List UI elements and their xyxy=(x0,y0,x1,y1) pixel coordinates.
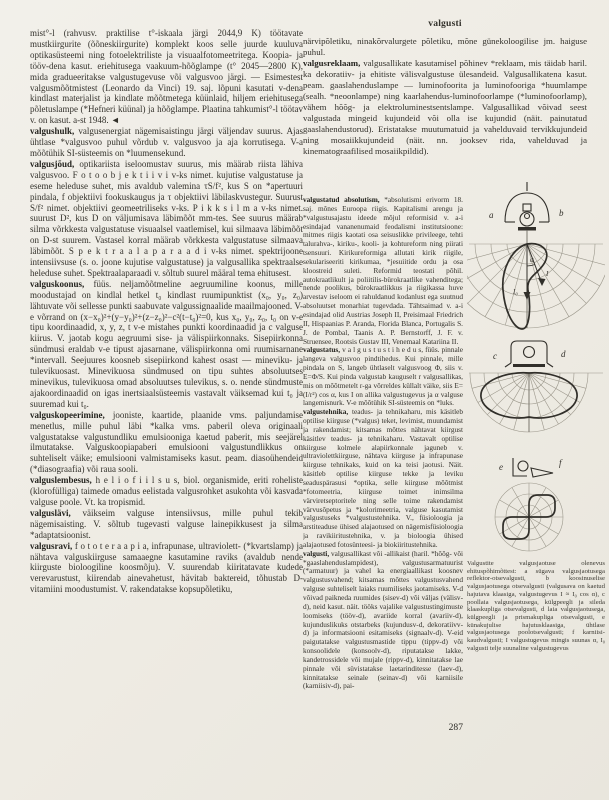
entry-text: valgusallikast või -allikaist (haril. *h… xyxy=(303,549,463,691)
running-head: valgusti xyxy=(303,18,587,29)
right-column-narrow: valgustatud absolutism, *absolutismi eri… xyxy=(303,196,463,718)
entry-term: valgushulk, xyxy=(30,126,74,136)
cornice-luminaire-drawing: e f xyxy=(499,458,563,477)
encyclopedia-page: mist°-l (rahvusv. praktilise t°-iskaala … xyxy=(0,0,609,800)
polar-diagram-asymmetric xyxy=(495,483,563,551)
entry-term: valgusti, xyxy=(303,549,329,558)
entry-text: teadus- ja tehnikaharu, mis käsitleb opt… xyxy=(303,407,463,549)
entry-term: valgusravi, xyxy=(30,541,72,551)
intensity-i0-label: I₀ xyxy=(512,288,518,296)
entry-valgushulk: valgushulk, valgusenergiat nägemisaistin… xyxy=(30,126,303,159)
entry-term: valgustatud absolutism, xyxy=(303,196,380,204)
figure-wide-distribution-luminaire: c d xyxy=(467,335,605,451)
entry-text: v a l g u s t u s t i h e d u s, füüs. p… xyxy=(303,345,463,407)
entry-term: valguskoonus, xyxy=(30,279,84,289)
figure-label-f: f xyxy=(559,458,563,468)
light-distribution-curve-asymmetric xyxy=(503,495,555,539)
figure-label-b: b xyxy=(559,208,564,218)
lamp-socket-bar xyxy=(518,227,536,231)
light-distribution-curve-deep xyxy=(503,244,547,329)
entry-text: füüs. neljamõõtmeline aegruumiline koonu… xyxy=(30,279,303,409)
figure-label-e: e xyxy=(499,462,503,472)
box-luminaire-drawing: c d xyxy=(493,341,566,367)
entry-term: valguslembesus, xyxy=(30,475,92,485)
entry-valgusravi: valgusravi, f o t o t e r a a p i a, inf… xyxy=(30,541,303,596)
entry-text: *absolutismi erivorm 18. saj. mõnes Euro… xyxy=(303,196,463,346)
entry-valgustatus: valgustatus, v a l g u s t u s t i h e d… xyxy=(303,346,463,408)
entry-term: valgustehnika, xyxy=(303,407,348,416)
entry-text: mist°-l (rahvusv. praktilise t°-iskaala … xyxy=(30,28,303,125)
entry-valguskoonus: valguskoonus, füüs. neljamõõtmeline aegr… xyxy=(30,279,303,410)
figure-label-c: c xyxy=(493,351,497,361)
entry-valguskopeerimine: valguskopeerimine, jooniste, kaartide, p… xyxy=(30,410,303,475)
entry-term: valguskopeerimine, xyxy=(30,410,105,420)
page-number: 287 xyxy=(303,722,463,733)
polar-diagram-wide xyxy=(469,373,603,432)
figure-cornice-luminaire: e f xyxy=(467,454,605,556)
intensity-i-label: I xyxy=(545,270,549,278)
figure-deep-distribution-luminaire: a b xyxy=(467,182,605,332)
entry-continuation: närvipõletiku, ninakõrvalurgete põletiku… xyxy=(303,36,587,58)
polar-diagram-deep: α I I₀ xyxy=(467,230,605,329)
entry-continuation: mist°-l (rahvusv. praktilise t°-iskaala … xyxy=(30,28,303,126)
angle-alpha-label: α xyxy=(530,256,534,264)
entry-valguslavi: valguslävi, väikseim valguse intensiivsu… xyxy=(30,508,303,541)
entry-valgustehnika: valgustehnika, teadus- ja tehnikaharu, m… xyxy=(303,408,463,550)
entry-text: optikariista iseloomustav suurus, mis mä… xyxy=(30,159,303,278)
right-column-top: valgusti närvipõletiku, ninakõrvalurgete… xyxy=(303,18,587,157)
figure-column: a b xyxy=(467,182,605,652)
left-column: mist°-l (rahvusv. praktilise t°-iskaala … xyxy=(30,28,303,595)
entry-valgustatud-absolutism: valgustatud absolutism, *absolutismi eri… xyxy=(303,196,463,346)
entry-valguslembesus: valguslembesus, h e l i o f i i l s u s,… xyxy=(30,475,303,508)
figure-caption: Valgustite valgusjaotuse olenevus ehitus… xyxy=(467,560,605,652)
figure-label-a: a xyxy=(489,210,494,220)
entry-term: valguslävi, xyxy=(30,508,71,518)
entry-term: valgusreklaam, xyxy=(303,58,360,68)
entry-text: väikseim valguse intensiivsus, mille puh… xyxy=(30,508,303,540)
pendant-lamp-drawing: a b xyxy=(489,182,564,231)
entry-valgusreklaam: valgusreklaam, valgusallikate kasutamise… xyxy=(303,58,587,157)
entry-text: närvipõletiku, ninakõrvalurgete põletiku… xyxy=(303,36,587,57)
entry-text: valgusallikate kasutamisel põhinev *rekl… xyxy=(303,58,587,156)
figure-label-d: d xyxy=(561,349,566,359)
entry-valgusti: valgusti, valgusallikast või -allikaist … xyxy=(303,550,463,692)
entry-term: valgusjõud, xyxy=(30,159,74,169)
entry-term: valgustatus, xyxy=(303,345,340,354)
entry-valgusjoud: valgusjõud, optikariista iseloomustav su… xyxy=(30,159,303,279)
